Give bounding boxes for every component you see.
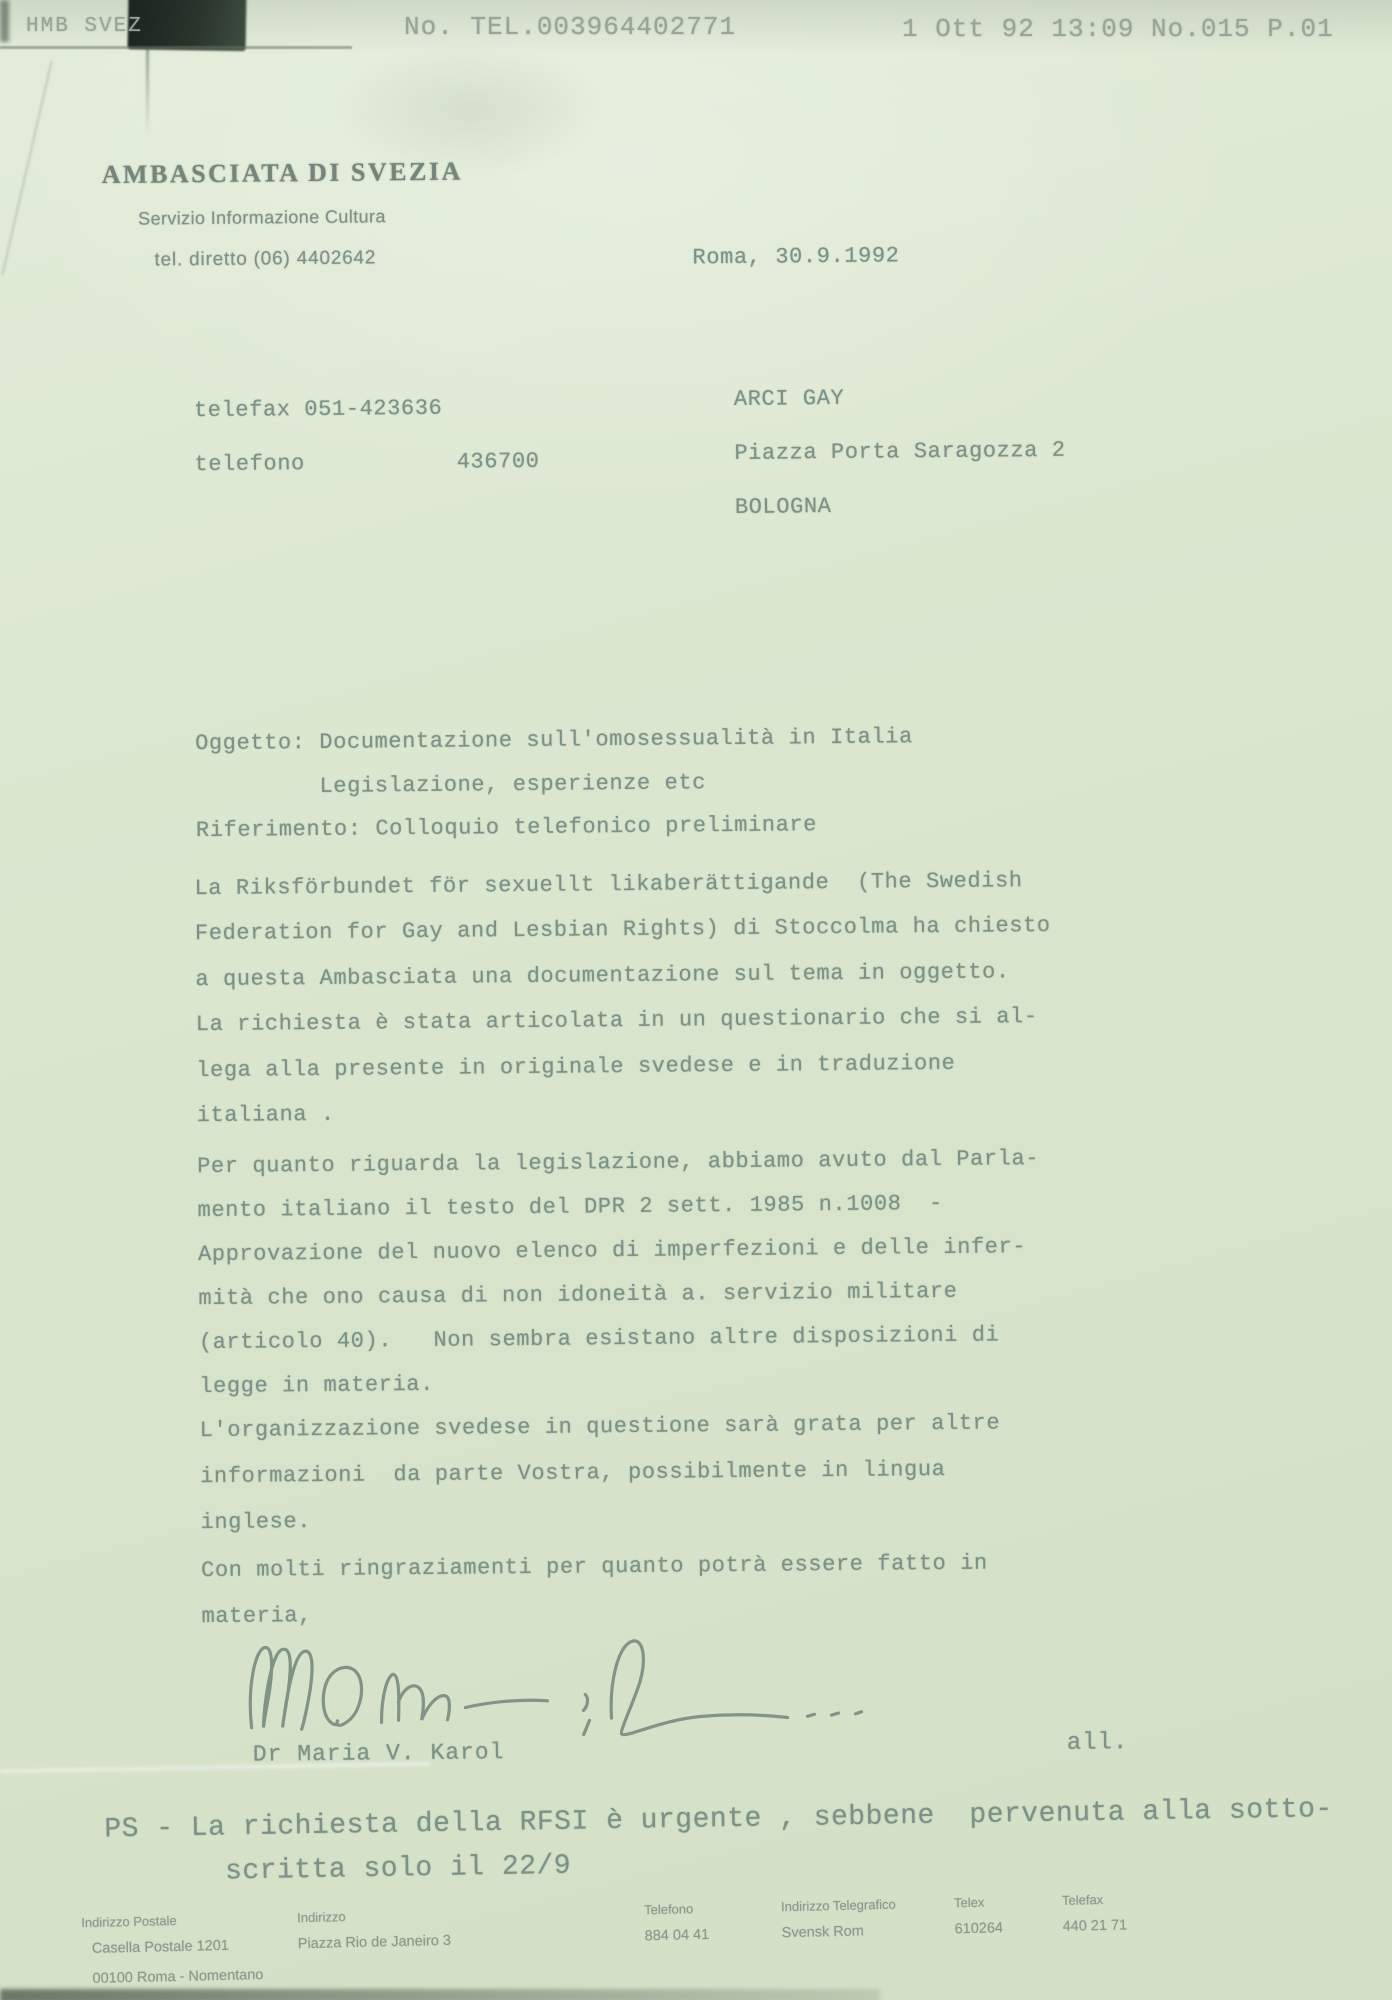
footer-value: Casella Postale 1201 xyxy=(92,1939,229,1957)
scanned-fax-page: HMB SVEZ No. TEL.003964402771 1 Ott 92 1… xyxy=(0,0,1392,2000)
footer-value: 884 04 41 xyxy=(645,1928,710,1944)
footer-label: Telefono xyxy=(644,1902,693,1916)
footer-label: Indirizzo xyxy=(297,1910,346,1924)
footer-label: Telefax xyxy=(1062,1893,1103,1907)
ps-line-2: scritta solo il 22/9 xyxy=(225,1853,571,1887)
footer-label: Telex xyxy=(954,1896,985,1910)
footer-value: 440 21 71 xyxy=(1062,1918,1127,1934)
ps-line-1: PS - La richiesta della RFSI è urgente ,… xyxy=(104,1796,1333,1844)
footer-label: Indirizzo Postale xyxy=(81,1914,177,1929)
footer-value: 00100 Roma - Nomentano xyxy=(92,1968,263,1986)
footer-label: Indirizzo Telegrafico xyxy=(781,1898,896,1914)
footer-value: 610264 xyxy=(954,1921,1003,1937)
footer-value: Svensk Rom xyxy=(782,1924,865,1940)
ps-block: PS - La richiesta della RFSI è urgente ,… xyxy=(0,0,1392,2000)
footer-value: Piazza Rio de Janeiro 3 xyxy=(298,1934,451,1952)
letter-content: AMBASCIATA DI SVEZIA Servizio Informazio… xyxy=(0,0,1392,2000)
